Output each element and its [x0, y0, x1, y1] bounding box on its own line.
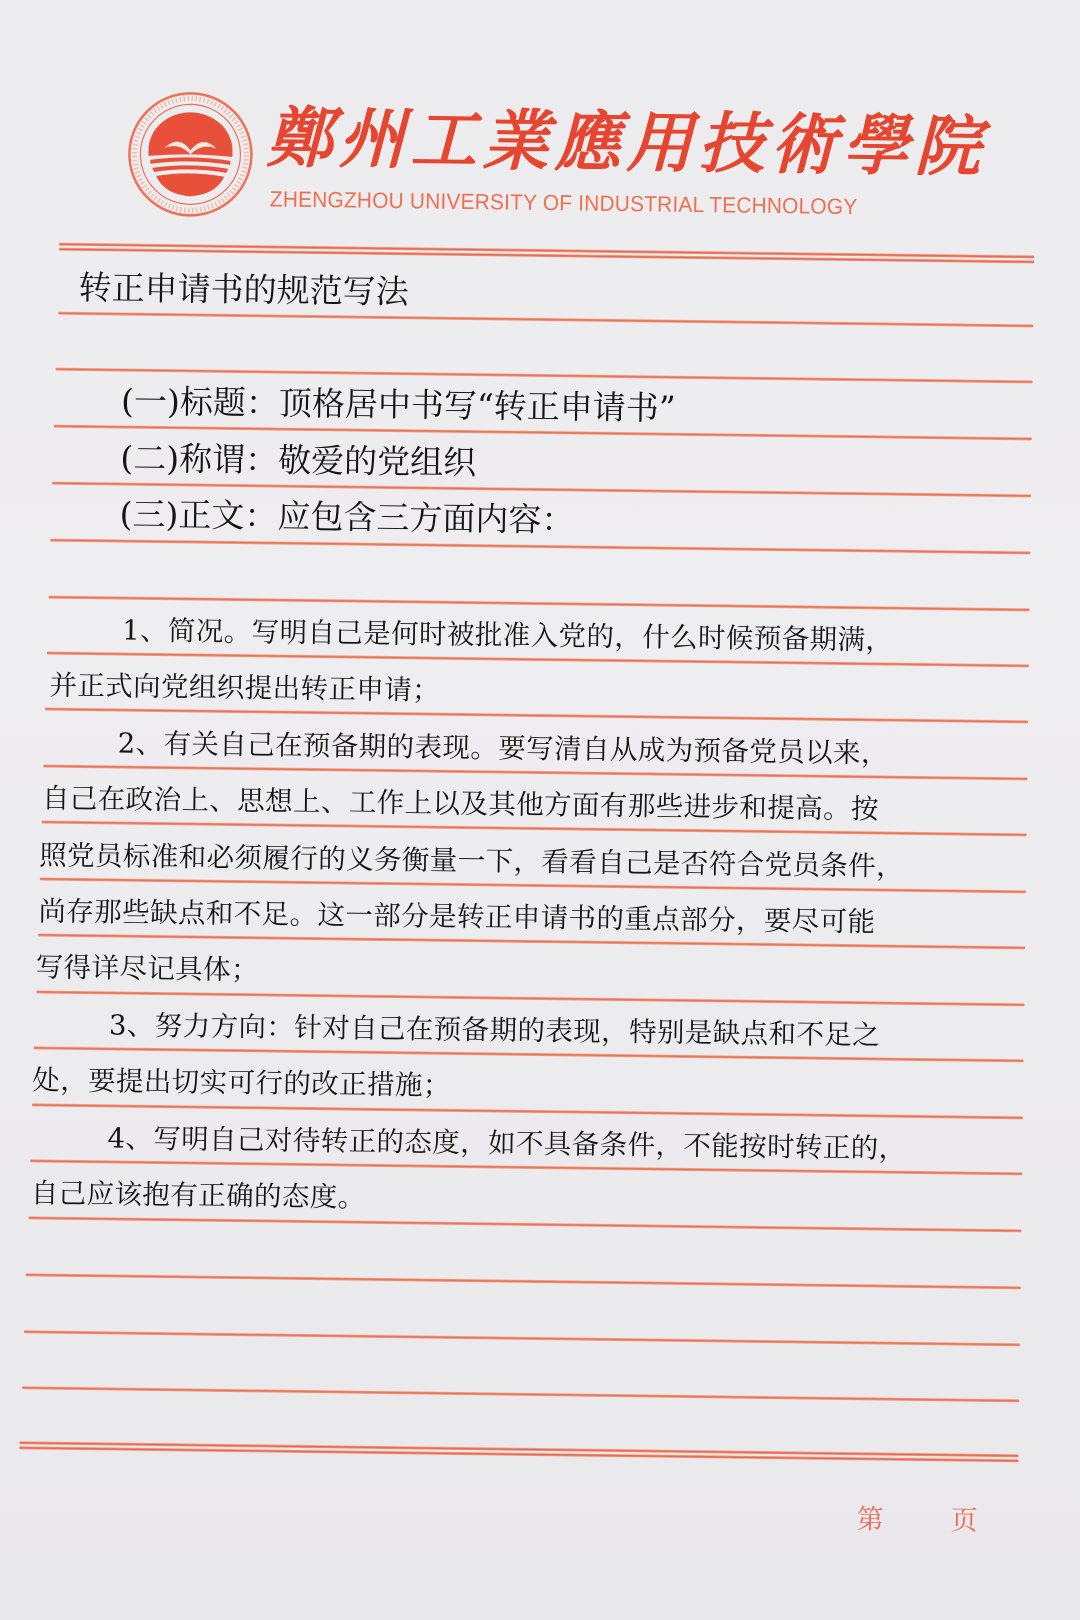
- school-name-english: ZHENGZHOU UNIVERSITY OF INDUSTRIAL TECHN…: [270, 186, 858, 220]
- body-line: 写得详尽记具体；: [36, 944, 260, 987]
- ruled-line: [24, 1330, 1020, 1346]
- school-name-chinese: 鄭州工業應用技術學院: [266, 92, 987, 191]
- body-line: 照党员标准和必须履行的义务衡量一下，看看自己是否符合党员条件，: [39, 832, 904, 883]
- document-title: 转正申请书的规范写法: [78, 262, 409, 313]
- body-line: 1、简况。写明自己是何时被批准入党的，什么时候预备期满，: [122, 608, 894, 658]
- header-double-rule: [59, 243, 1034, 264]
- letterhead-sheet: 鄭州工業應用技術學院 ZHENGZHOU UNIVERSITY OF INDUS…: [0, 0, 1080, 1620]
- body-line: 处，要提出切实可行的改正措施；: [32, 1057, 451, 1102]
- body-line: 并正式向党组织提出转正申请；: [49, 663, 440, 708]
- section-heading-body: (三)正文：应包含三方面内容：: [119, 488, 574, 541]
- body-line: 2、有关自己在预备期的表现。要写清自从成为预备党员以来，: [117, 720, 889, 770]
- body-line: 4、写明自己对待转正的态度，如不具备条件，不能按时转正的，: [107, 1115, 907, 1165]
- section-heading-title: (一)标题：顶格居中书写“转正申请书”: [121, 375, 676, 429]
- body-line: 尚存那些缺点和不足。这一部分是转正申请书的重点部分，要尽可能: [38, 888, 875, 939]
- page-number-suffix: 页: [950, 1498, 978, 1537]
- ruled-line: [26, 1273, 1021, 1289]
- ruled-line: [28, 1216, 1021, 1232]
- university-seal-icon: [126, 90, 256, 220]
- body-line: 自己在政治上、思想上、工作上以及其他方面有那些进步和提高。按: [42, 775, 879, 826]
- ruled-line: [58, 312, 1033, 328]
- footer-double-rule: [19, 1441, 1018, 1462]
- ruled-line: [22, 1386, 1019, 1402]
- section-heading-salutation: (二)称谓：敬爱的党组织: [120, 432, 476, 484]
- body-line: 3、努力方向：针对自己在预备期的表现，特别是缺点和不足之: [109, 1002, 881, 1052]
- page-number-prefix: 第: [856, 1497, 884, 1536]
- body-line: 自己应该抱有正确的态度。: [31, 1170, 366, 1214]
